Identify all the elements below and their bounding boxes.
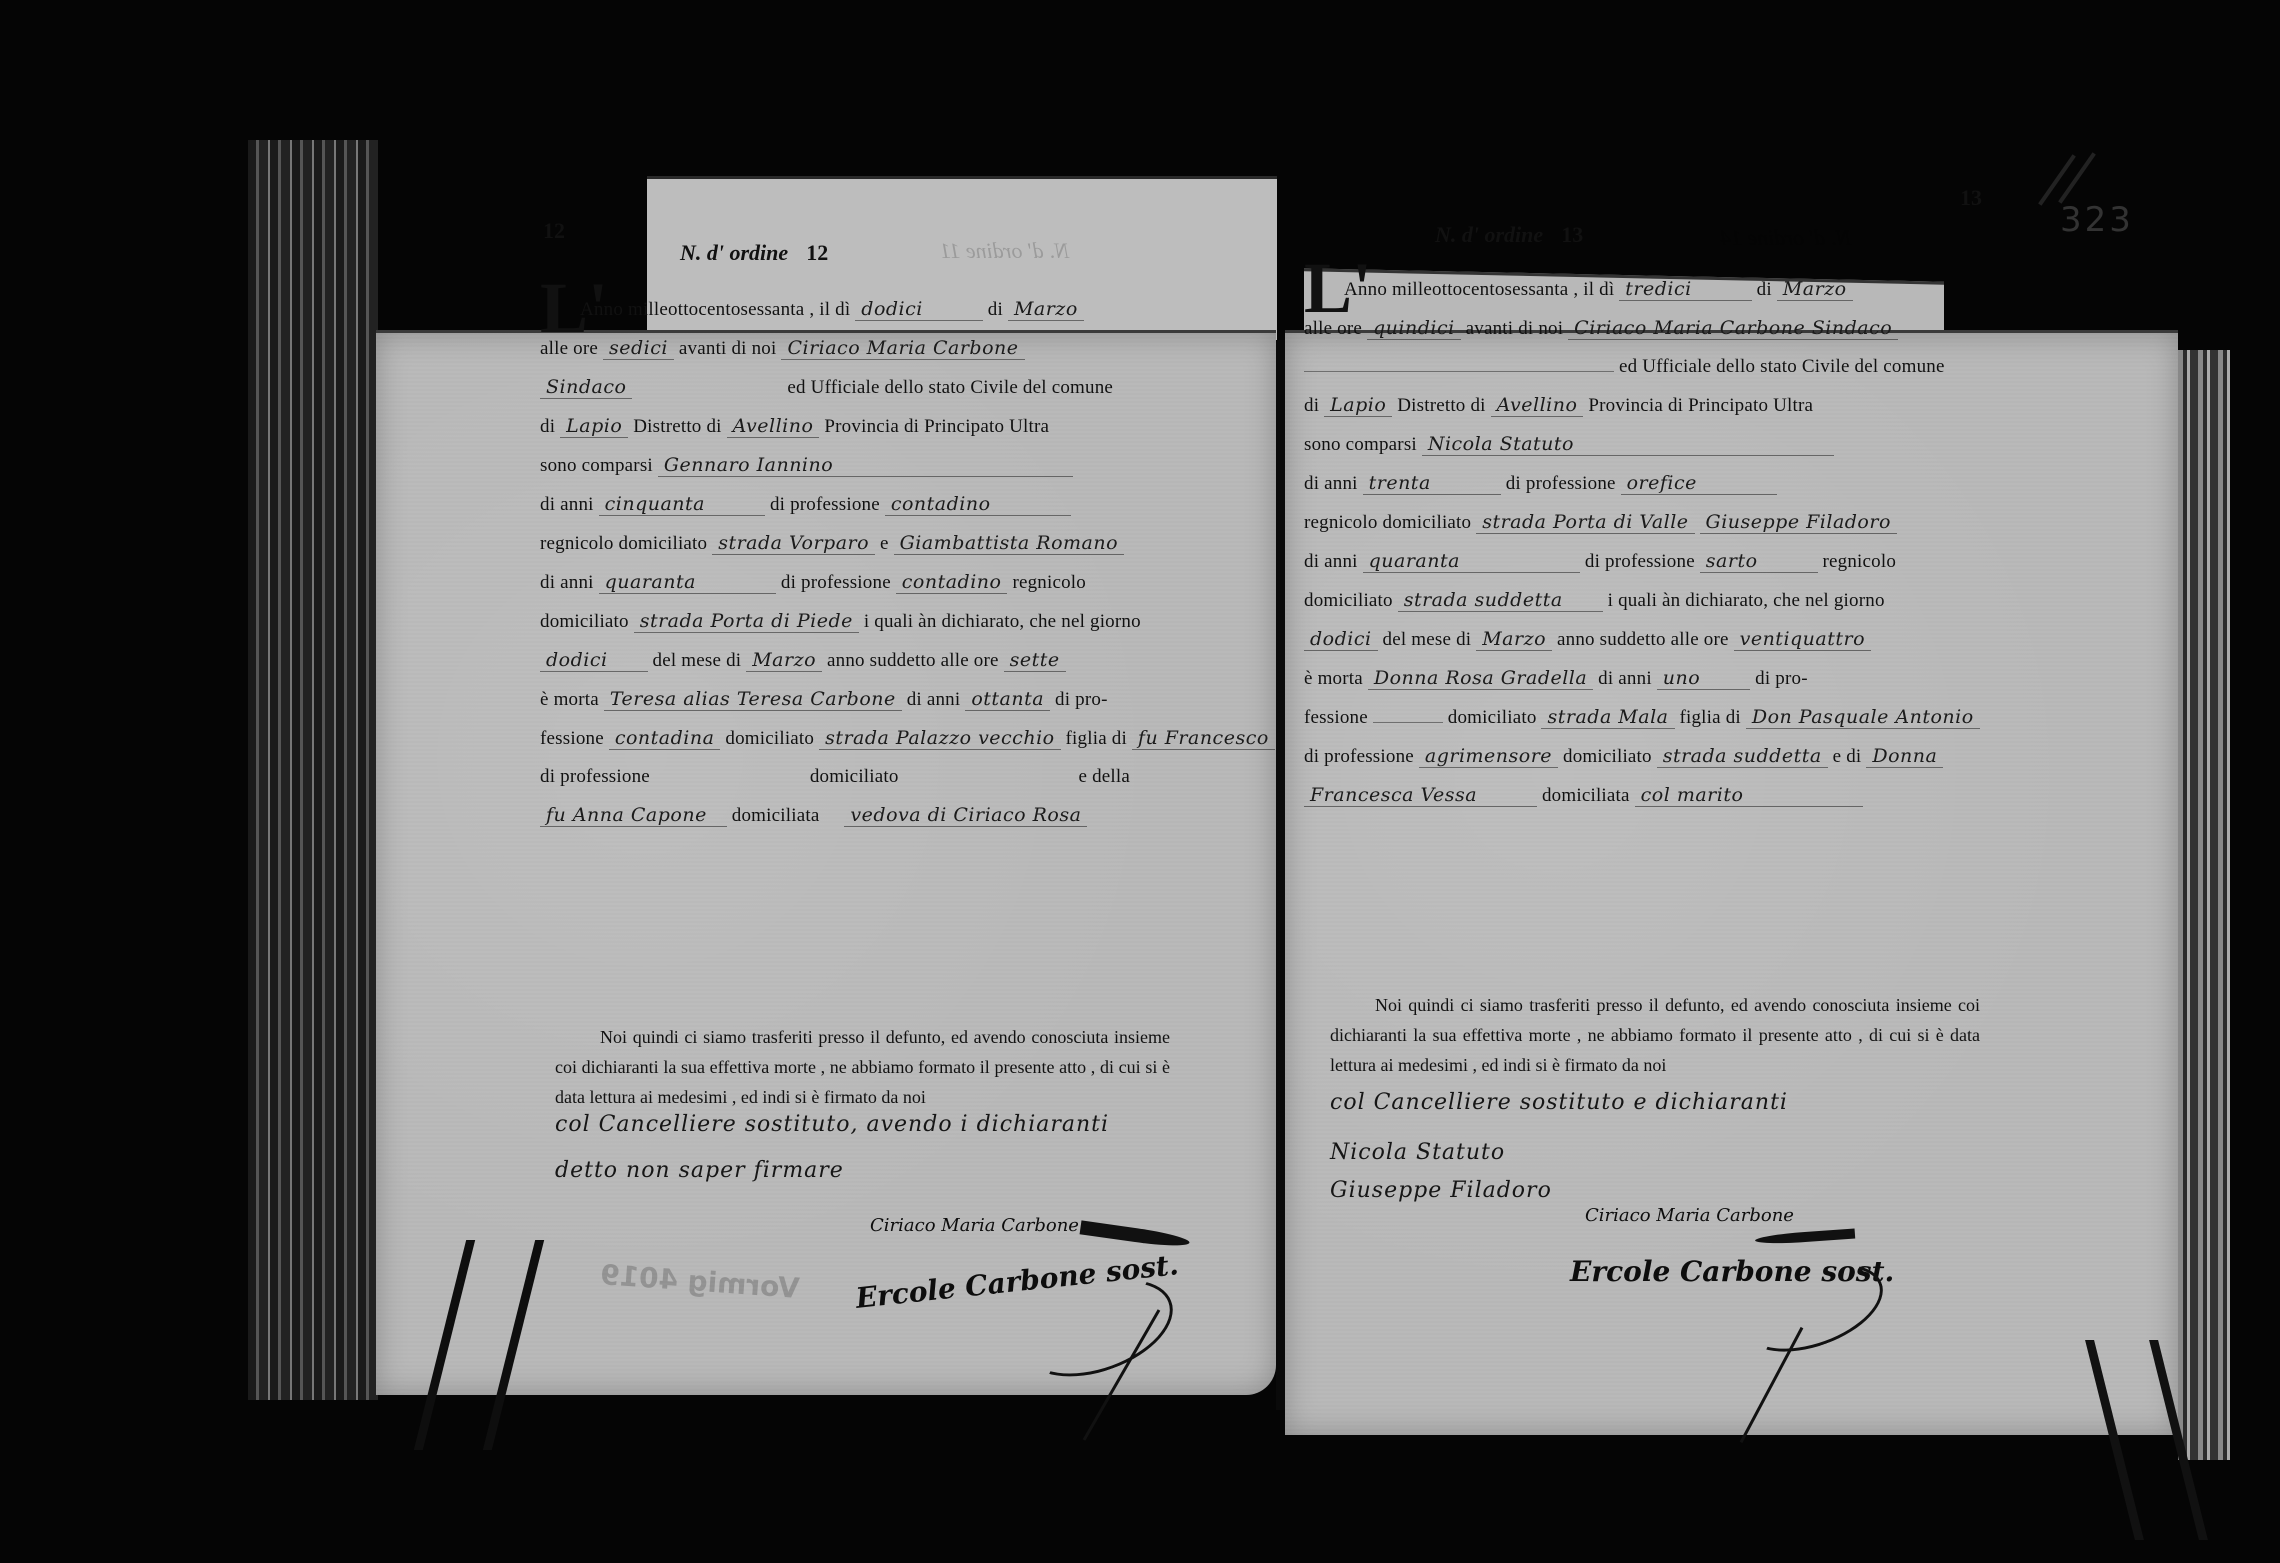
right-entry-body: Anno milleottocentosessanta , il dì tred… [1304,270,2004,815]
entry-line: di anni quaranta di professione sarto re… [1304,542,2004,581]
entry-line: di Lapio Distretto di Avellino Provincia… [540,407,1260,446]
entry-line: di anni trenta di professione orefice [1304,464,2004,503]
entry-line: regnicolo domiciliato strada Porta di Va… [1304,503,2004,542]
entry-line: di Lapio Distretto di Avellino Provincia… [1304,386,2004,425]
entry-line: ed Ufficiale dello stato Civile del comu… [1304,348,2004,386]
entry-line: di anni cinquanta di professione contadi… [540,485,1260,524]
entry-line: Anno milleottocentosessanta , il dì tred… [1304,270,2004,309]
annotation-mark [2038,154,2076,205]
entry-line: è morta Donna Rosa Gradella di anni uno … [1304,659,2004,698]
entry-line: Anno milleottocentosessanta , il dì dodi… [540,290,1260,329]
closing-handwritten-right: col Cancelliere sostituto e dichiaranti [1330,1090,1788,1115]
entry-line: domiciliato strada Porta di Piede i qual… [540,602,1260,641]
entry-line: regnicolo domiciliato strada Vorparo e G… [540,524,1260,563]
witness-signature-2: Giuseppe Filadoro [1330,1178,1552,1203]
book-gutter [1276,340,1285,1410]
entry-line: domiciliato strada suddetta i quali àn d… [1304,581,2004,620]
ordine-heading-right: N. d' ordine13 [1435,222,1583,248]
entry-line: fessione contadina domiciliato strada Pa… [540,719,1260,758]
left-entry-body: Anno milleottocentosessanta , il dì dodi… [540,290,1260,835]
ordine-heading-left: N. d' ordine12 [680,240,828,266]
ordine-label: N. d' ordine [1435,222,1543,247]
entry-line: Francesca Vessa domiciliata col marito [1304,776,2004,815]
closing-handwritten-left-2: detto non saper firmare [555,1158,844,1183]
page-number-left: 12 [543,218,565,244]
entry-line: Sindaco ed Ufficiale dello stato Civile … [540,368,1260,407]
entry-line: sono comparsi Gennaro Iannino [540,446,1260,485]
entry-line: fessione domiciliato strada Mala figlia … [1304,698,2004,737]
signature-sindaco-left: Ciriaco Maria Carbone [870,1215,1079,1236]
entry-line: è morta Teresa alias Teresa Carbone di a… [540,680,1260,719]
archive-annotation: 323 [2060,200,2134,240]
ordine-label: N. d' ordine [680,240,788,265]
entry-line: dodici del mese di Marzo anno suddetto a… [540,641,1260,680]
closing-handwritten-left-1: col Cancelliere sostituto, avendo i dich… [555,1112,1109,1137]
entry-line: alle ore sedici avanti di noi Ciriaco Ma… [540,329,1260,368]
book-left-edge [248,140,378,1400]
book-right-edge [2178,350,2230,1460]
entry-line: di professione agrimensore domiciliato s… [1304,737,2004,776]
closing-paragraph-right: Noi quindi ci siamo trasferiti presso il… [1330,990,1980,1080]
entry-line: di professione domiciliato e della [540,758,1260,796]
closing-paragraph-left: Noi quindi ci siamo trasferiti presso il… [555,1022,1170,1112]
ghost-ordine-right: N. d' ordine 14 [1720,225,1851,251]
entry-line: fu Anna Capone domiciliata vedova di Cir… [540,796,1260,835]
ordine-number: 12 [806,240,828,265]
ordine-number: 13 [1561,222,1583,247]
entry-line: sono comparsi Nicola Statuto [1304,425,2004,464]
annotation-mark [2058,152,2096,203]
ghost-ordine-left: N. d' ordine 11 [940,238,1069,264]
entry-line: dodici del mese di Marzo anno suddetto a… [1304,620,2004,659]
witness-signature-1: Nicola Statuto [1330,1140,1505,1165]
signature-sindaco-right: Ciriaco Maria Carbone [1585,1205,1794,1226]
page-number-right: 13 [1960,185,1982,211]
entry-line: alle ore quindici avanti di noi Ciriaco … [1304,309,2004,348]
entry-line: di anni quaranta di professione contadin… [540,563,1260,602]
